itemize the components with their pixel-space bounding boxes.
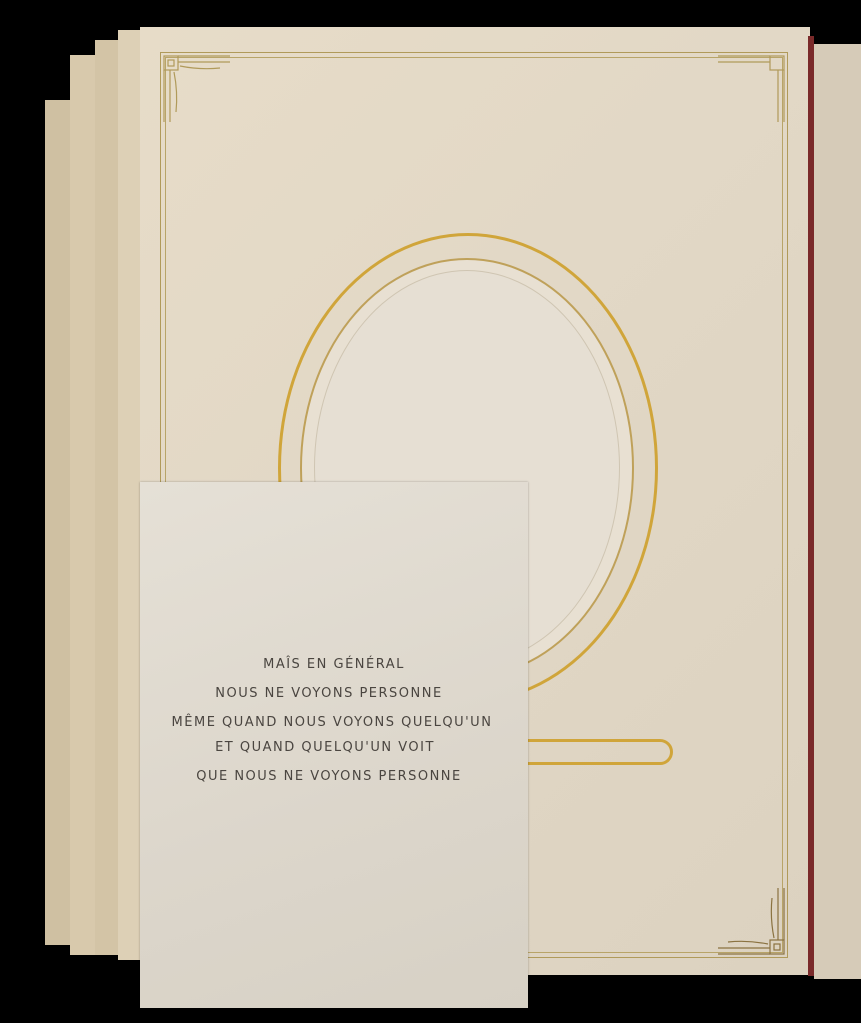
handwritten-card: MAÎS EN GÉNÉRAL NOUS NE VOYONS PERSONNE … [140, 482, 528, 1008]
poem-text: MAÎS EN GÉNÉRAL NOUS NE VOYONS PERSONNE … [140, 650, 528, 791]
right-page-edge [814, 44, 861, 979]
poem-line: NOUS NE VOYONS PERSONNE [130, 679, 528, 708]
corner-ornament-top-right [718, 52, 788, 122]
corner-ornament-bottom-right [718, 888, 788, 958]
poem-line: MAÎS EN GÉNÉRAL [140, 650, 528, 679]
poem-line: QUE NOUS NE VOYONS PERSONNE [130, 762, 528, 791]
poem-line: ET QUAND QUELQU'UN VOIT [122, 733, 528, 762]
corner-ornament-top-left [160, 52, 230, 122]
name-slot [520, 739, 673, 765]
